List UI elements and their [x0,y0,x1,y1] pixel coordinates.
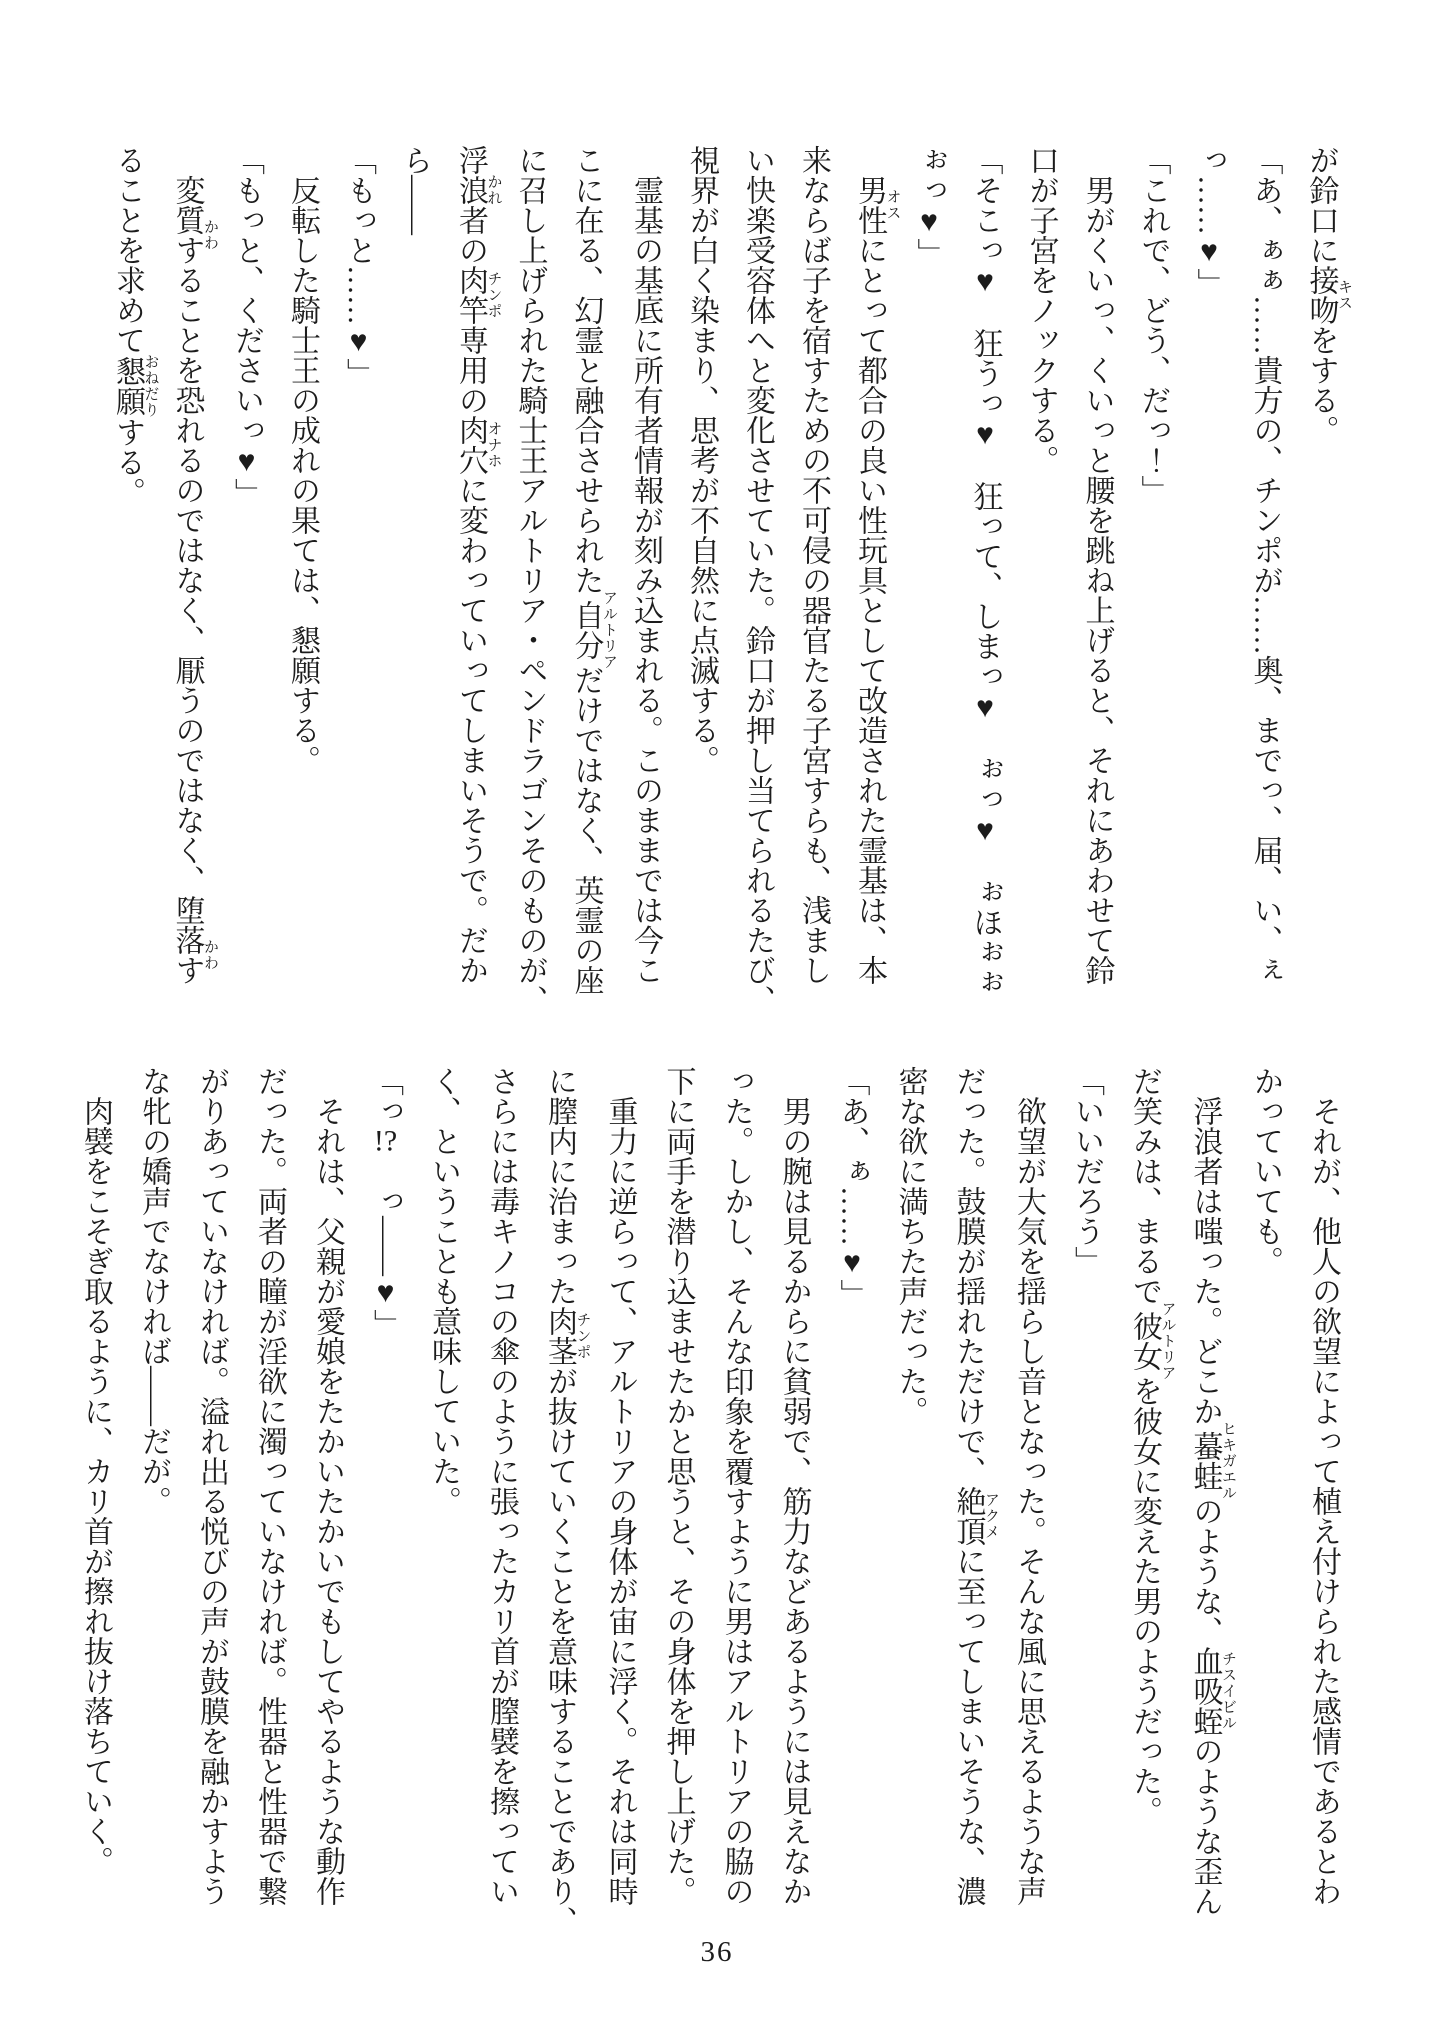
text-block-top: が鈴口に接吻キスをする。「あ、ぁぁ……貴方の、チンポが……奥、までっ、届、い、ぇ… [120,145,1352,1050]
text-column: った。しかし、そんな印象を覆すように男はアルトリアの脇の [707,1066,765,1971]
text-column: 「もっと、くださいっ♥」 [218,145,274,1050]
text-column: 「これで、どう、だっ！」 [1125,145,1181,1050]
text-column: かっていても。 [1236,1066,1294,1971]
page-number: 36 [0,1936,1434,1969]
text-column: っ……♥」 [1181,145,1237,1050]
text-column: だ笑みは、まるで彼女アルトリアを彼女に変えた男のようだった。 [1115,1066,1176,1971]
text-column: 「もっと……♥」 [330,145,386,1050]
ruby-annotated-word: 男性オス [853,175,886,235]
text-column: に膣内に治まった肉茎チンポが抜けていくことを意味することであり、 [530,1066,591,1971]
text-column: 浮浪者かれの肉竿チンポ専用の肉穴オナホに変わっていってしまいそうで。だか [442,145,502,1050]
text-column: だった。両者の瞳が淫欲に濁っていなければ。性器と性器で繋 [240,1066,298,1971]
text-column: 男がくいっ、くいっと腰を跳ね上げると、それにあわせて鈴 [1069,145,1125,1050]
ruby-annotated-word: 自分アルトリア [570,595,603,665]
text-column: 口が子宮をノックする。 [1013,145,1069,1050]
text-column: 反転した騎士王の成れの果ては、懇願する。 [274,145,330,1050]
text-column: 下に両手を潜り込ませたかと思うと、その身体を押し上げた。 [649,1066,707,1971]
text-column: それが、他人の欲望によって植え付けられた感情であるとわ [1294,1066,1352,1971]
ruby-annotated-word: 肉茎チンポ [543,1306,576,1366]
tatechuyoko-text: !? [369,1126,402,1156]
text-column: 肉襞をこそぎ取るように、カリ首が擦れ抜け落ちていく。 [66,1066,124,1971]
ruby-annotated-word: 肉穴オナホ [454,415,487,475]
text-column: 霊基の基底に所有者情報が刻み込まれる。このままでは今こ [617,145,673,1050]
text-column: く、ということも意味していた。 [414,1066,472,1971]
text-column: 「そこっ♥ 狂うっ♥ 狂って、しまっ♥ ぉっ♥ ぉほぉぉ [957,145,1013,1050]
text-column: 浮浪者は嗤った。どこか蟇蛙ヒキガエルのような、血吸蛭チスイビルのような歪ん [1176,1066,1237,1971]
text-column: 重力に逆らって、アルトリアの身体が宙に浮く。それは同時 [591,1066,649,1971]
text-column: こに在る、幻霊と融合させられた自分アルトリアだけではなく、英霊の座 [558,145,618,1050]
text-column: 「っ!? っ――♥」 [356,1066,414,1971]
ruby-annotated-word: 肉竿チンポ [454,265,487,325]
ruby-annotated-word: 落すかわ [171,925,204,985]
text-column: に召し上げられた騎士王アルトリア・ペンドラゴンそのものが、 [502,145,558,1050]
text-column: ることを求めて懇願おねだりする。 [99,145,159,1050]
text-column: 男性オスにとって都合の良い性玩具として改造された霊基は、本 [841,145,901,1050]
text-column: 「あ、ぁ……♥」 [823,1066,881,1971]
text-column: 来ならば子を宿すための不可侵の器官たる子宮すらも、浅まし [785,145,841,1050]
text-column: さらには毒キノコの傘のように張ったカリ首が膣襞を擦ってい [472,1066,530,1971]
text-column: 視界が白く染まり、思考が不自然に点滅する。 [673,145,729,1050]
ruby-annotated-word: 血吸蛭チスイビル [1189,1646,1222,1736]
text-column: 欲望が大気を揺らし音となった。そんな風に思えるような声 [999,1066,1057,1971]
text-column: それは、父親が愛娘をたかいたかいでもしてやるような動作 [298,1066,356,1971]
text-column: 男の腕は見るからに貧弱で、筋力などあるようには見えなか [765,1066,823,1971]
text-column: だった。鼓膜が揺れただけで、絶頂アクメに至ってしまいそうな、濃 [939,1066,1000,1971]
text-block-bottom: それが、他人の欲望によって植え付けられた感情であるとわかっていても。 浮浪者は嗤… [76,1066,1352,1971]
text-column: 「いいだろう」 [1057,1066,1115,1971]
text-column: がりあっていなければ。溢れ出る悦びの声が鼓膜を融かすよう [182,1066,240,1971]
ruby-annotated-word: 彼女アルトリア [1128,1306,1161,1376]
ruby-annotated-word: 質すかわ [171,205,204,265]
text-column: が鈴口に接吻キスをする。 [1293,145,1353,1050]
text-column: 密な欲に満ちた声だった。 [881,1066,939,1971]
text-column: 「あ、ぁぁ……貴方の、チンポが……奥、までっ、届、い、ぇ [1237,145,1293,1050]
text-column: ぉっ♥」 [901,145,957,1050]
text-column: な牝の嬌声でなければ――だが。 [124,1066,182,1971]
text-column: ら―― [386,145,442,1050]
text-column: 変質すかわることを恐れるのではなく、厭うのではなく、堕落すかわ [159,145,219,1050]
text-column: い快楽受容体へと変化させていた。鈴口が押し当てられるたび、 [729,145,785,1050]
ruby-annotated-word: 絶頂アクメ [952,1486,985,1546]
ruby-annotated-word: 浮浪者かれ [454,145,487,235]
ruby-annotated-word: 蟇蛙ヒキガエル [1189,1426,1222,1496]
ruby-annotated-word: 接吻キス [1305,265,1338,325]
ruby-annotated-word: 懇願おねだり [111,355,144,417]
